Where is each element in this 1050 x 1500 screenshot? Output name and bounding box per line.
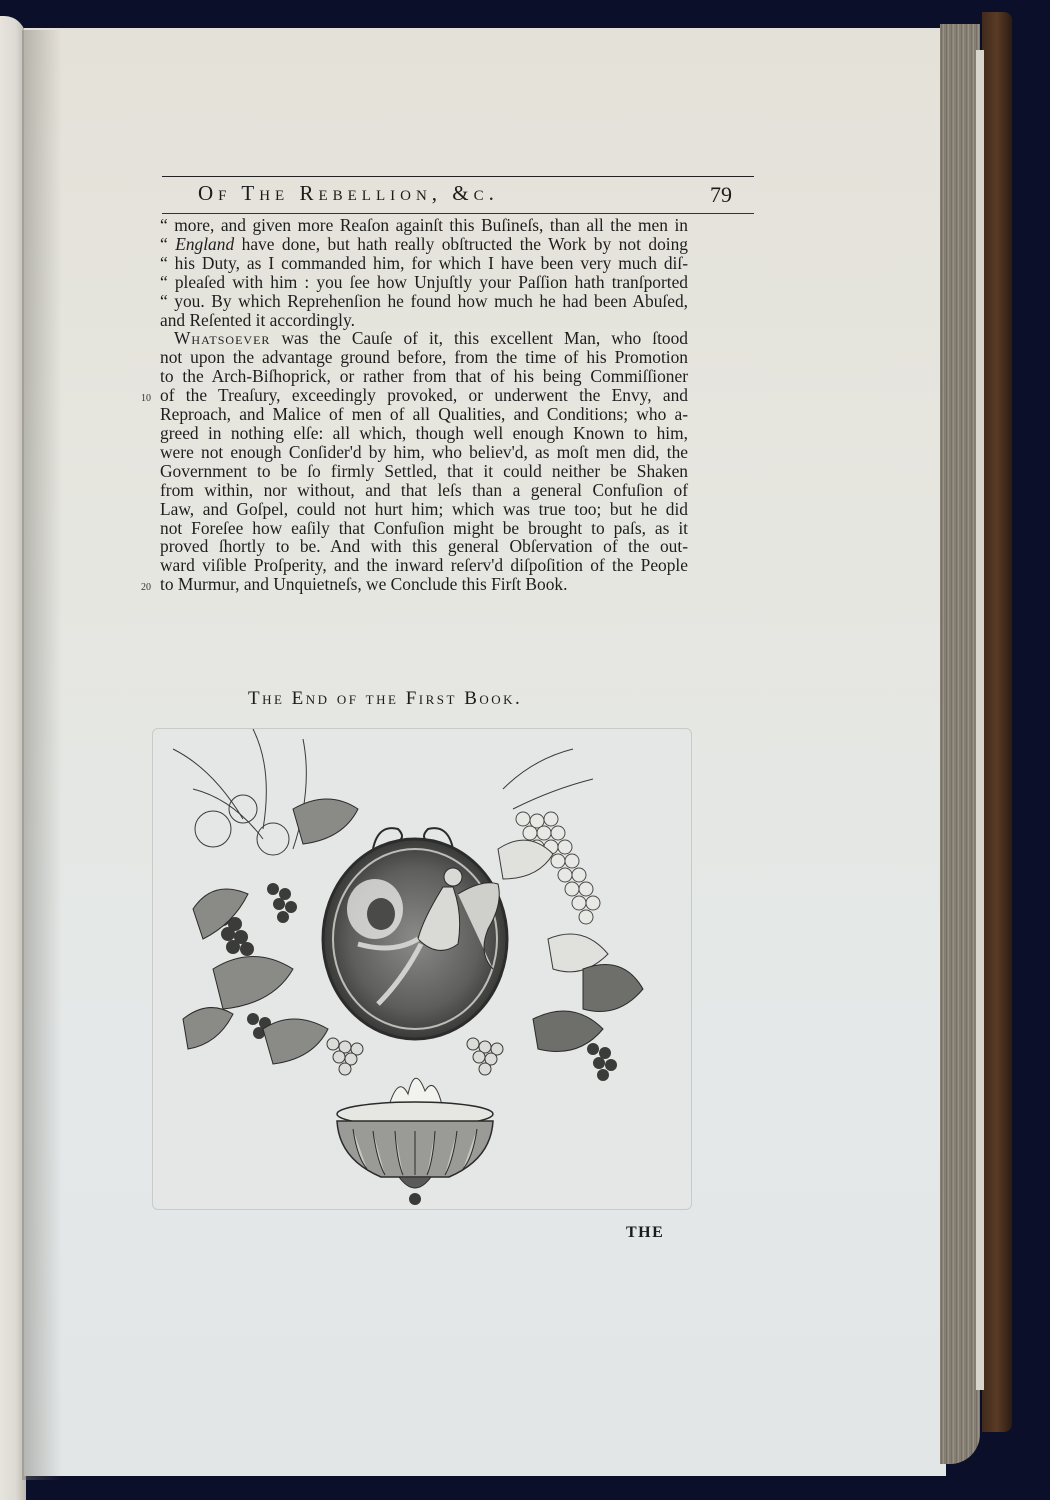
smallcaps-word: Whatsoever bbox=[174, 328, 270, 348]
body-text: “ more, and given more Reaſon againſt th… bbox=[160, 216, 688, 594]
running-head: Of The Rebellion, &c. 79 bbox=[162, 176, 754, 214]
end-of-book-title: The End of the First Book. bbox=[248, 688, 522, 710]
text-line: “ pleaſed with him : you ſee how Unjuſtl… bbox=[160, 273, 688, 292]
text-line: “ England have done, but hath really obſ… bbox=[160, 235, 688, 254]
text-run: was the Cauſe of it, this excellent Man,… bbox=[270, 328, 688, 348]
page-number: 79 bbox=[710, 182, 732, 208]
text-line: 10of the Treaſury, exceedingly provoked,… bbox=[160, 386, 688, 405]
book-binding bbox=[982, 12, 1012, 1432]
text-line: Reproach, and Malice of men of all Quali… bbox=[160, 405, 688, 424]
text-line: Government to be ſo firmly Settled, that… bbox=[160, 462, 688, 481]
line-number: 10 bbox=[141, 390, 151, 409]
text-line: not Foreſee how eaſily that Confuſion mi… bbox=[160, 519, 688, 538]
text-line: “ his Duty, as I commanded him, for whic… bbox=[160, 254, 688, 273]
text-line: were not enough Conſider'd by him, who b… bbox=[160, 443, 688, 462]
tailpiece-engraving-icon bbox=[153, 729, 691, 1209]
catchword: THE bbox=[626, 1224, 664, 1242]
text-run: have done, but hath really obſtructed th… bbox=[234, 234, 688, 254]
text-line: to the Arch-Biſhoprick, or rather from t… bbox=[160, 367, 688, 386]
text-line: “ you. By which Reprehenſion he found ho… bbox=[160, 292, 688, 311]
text-line: greed in nothing elſe: all which, though… bbox=[160, 424, 688, 443]
text-line: “ more, and given more Reaſon againſt th… bbox=[160, 216, 688, 235]
text-line: ward viſible Proſperity, and the inward … bbox=[160, 556, 688, 575]
text-line: not upon the advantage ground before, fr… bbox=[160, 348, 688, 367]
quote-mark: “ bbox=[160, 234, 175, 254]
line-number: 20 bbox=[141, 579, 151, 598]
page-fore-edge bbox=[940, 24, 980, 1464]
engraved-tailpiece bbox=[152, 728, 692, 1210]
text-line: from within, nor without, and that leſs … bbox=[160, 481, 688, 500]
running-title: Of The Rebellion, &c. bbox=[198, 181, 499, 206]
text-line: and Reſented it accordingly. bbox=[160, 311, 688, 330]
text-line: 20to Murmur, and Unquietneſs, we Conclud… bbox=[160, 575, 688, 594]
text-run: to Murmur, and Unquietneſs, we Conclude … bbox=[160, 574, 567, 594]
text-run: of the Treaſury, exceedingly provoked, o… bbox=[160, 385, 688, 405]
italic-word: England bbox=[175, 234, 234, 254]
page-fore-edge-highlight bbox=[976, 50, 984, 1390]
text-line: Whatsoever was the Cauſe of it, this exc… bbox=[160, 329, 688, 348]
text-line: proved ſhortly to be. And with this gene… bbox=[160, 537, 688, 556]
text-line: Law, and Goſpel, could not hurt him; whi… bbox=[160, 500, 688, 519]
gutter-shadow bbox=[22, 30, 62, 1480]
